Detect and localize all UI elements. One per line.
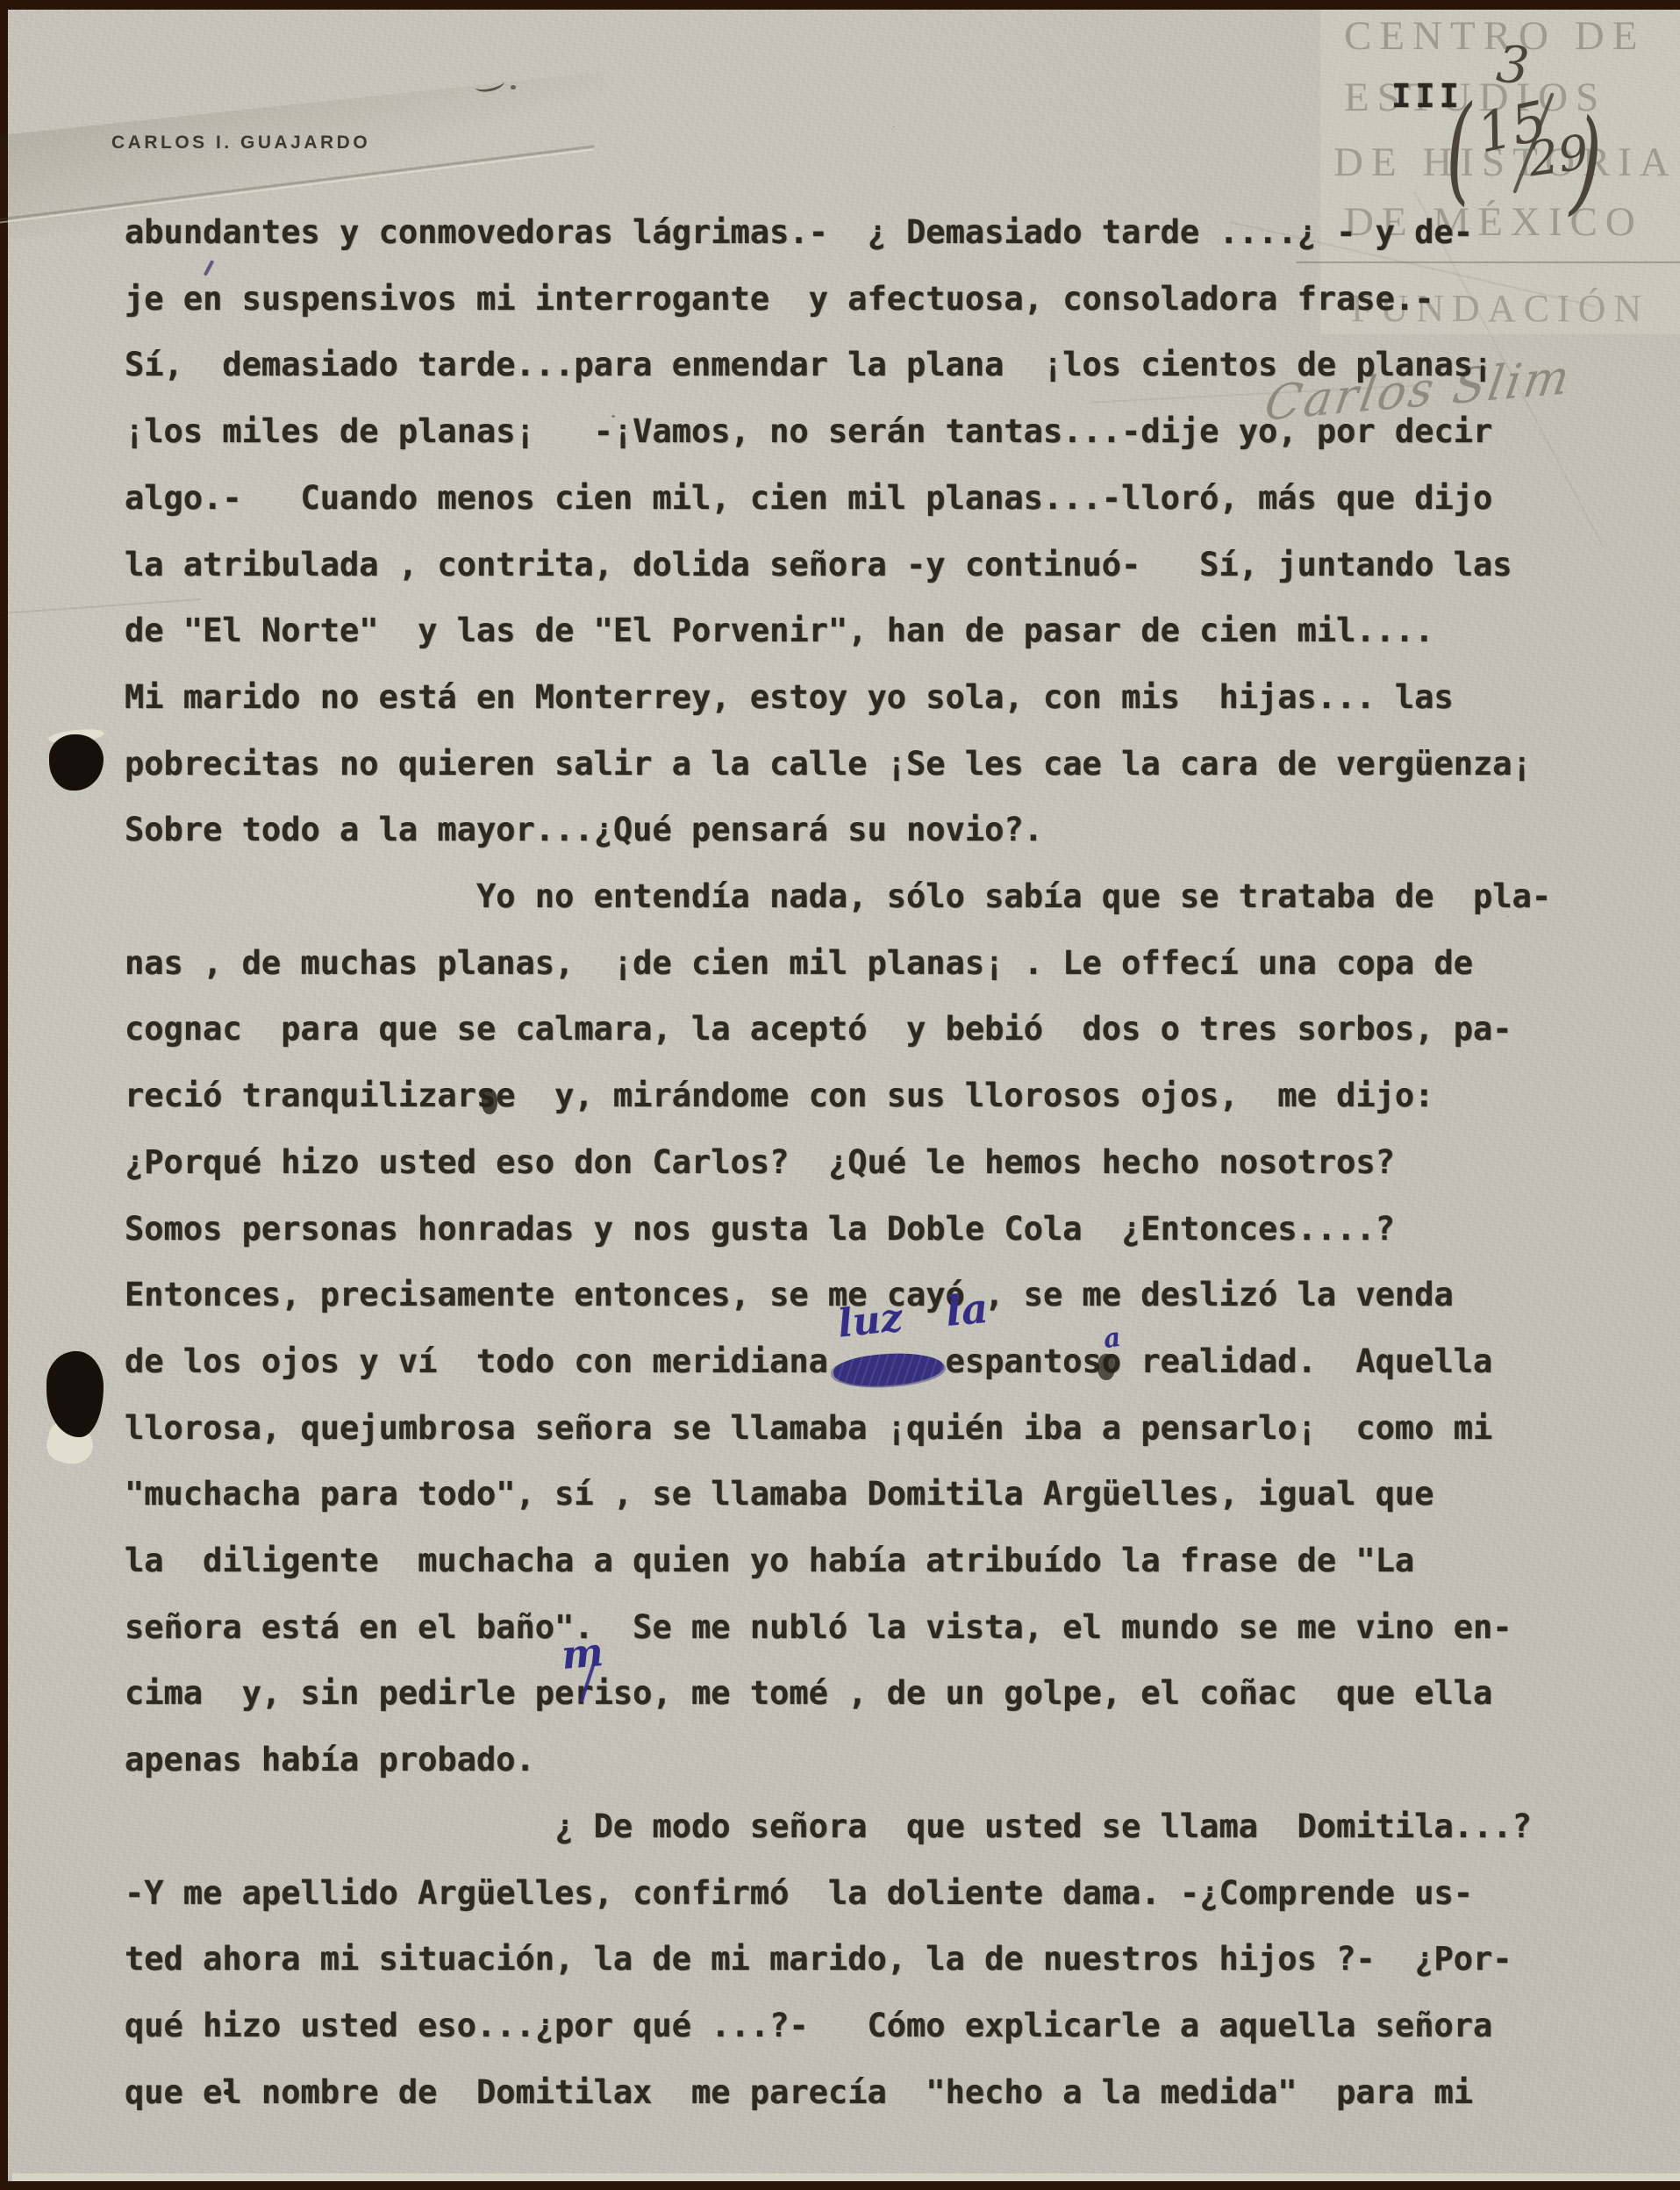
watermark-rule — [1297, 261, 1680, 263]
typed-line: Somos personas honradas y nos gusta la D… — [125, 1213, 1395, 1245]
watermark-line: CENTRO DE — [1344, 12, 1645, 60]
typed-line: ¿Porqué hizo usted eso don Carlos? ¿Qué … — [125, 1146, 1395, 1178]
paper-speckles — [224, 2089, 231, 2095]
paper-bottom-edge — [12, 2173, 1680, 2181]
typed-line: reció tranquilizarse y, mirándome con su… — [125, 1079, 1433, 1112]
typed-line: la diligente muchacha a quien yo había a… — [125, 1544, 1414, 1577]
typed-line: ted ahora mi situación, la de mi marido,… — [125, 1943, 1512, 1975]
typed-line: qué hizo usted eso...¿por qué ...?- Cómo… — [125, 2009, 1492, 2042]
ink-overstrike-blot — [1097, 1354, 1115, 1380]
handwritten-page-number: 3 — [1494, 34, 1532, 97]
typed-line: que el nombre de Domitilax me parecía "h… — [125, 2076, 1473, 2108]
typed-line: llorosa, quejumbrosa señora se llamaba ¡… — [125, 1412, 1492, 1444]
typed-line: -Y me apellido Argüelles, confirmó la do… — [125, 1877, 1473, 1909]
typed-line: pobrecitas no quieren salir a la calle ¡… — [125, 748, 1532, 780]
document-scan: CARLOS I. GUAJARDO CENTRO DE ESTUDIOS DE… — [0, 0, 1680, 2190]
ink-overstrike-blot — [482, 1089, 497, 1114]
typed-line: Mi marido no está en Monterrey, estoy yo… — [125, 681, 1454, 713]
letterhead-name: CARLOS I. GUAJARDO — [111, 132, 370, 154]
typed-line: Sí, demasiado tarde...para enmendar la p… — [125, 348, 1492, 381]
typed-line: de los ojos y ví todo con meridiana espa… — [125, 1345, 1492, 1378]
typed-line: algo.- Cuando menos cien mil, cien mil p… — [125, 482, 1492, 514]
typed-line: de "El Norte" y las de "El Porvenir", ha… — [125, 614, 1433, 647]
typed-line: ¿ De modo señora que usted se llama Domi… — [125, 1810, 1532, 1843]
typed-line: cima y, sin pedirle periso, me tomé , de… — [125, 1677, 1492, 1709]
typed-line: nas , de muchas planas, ¡de cien mil pla… — [125, 947, 1473, 979]
typed-line: cognac para que se calmara, la aceptó y … — [125, 1013, 1512, 1045]
typed-line: Sobre todo a la mayor...¿Qué pensará su … — [125, 813, 1043, 846]
typed-line: "muchacha para todo", sí , se llamaba Do… — [125, 1478, 1433, 1510]
typed-line: abundantes y conmovedoras lágrimas.- ¿ D… — [125, 216, 1473, 248]
blue-correction-word: luz — [836, 1295, 905, 1346]
typed-line: la atribulada , contrita, dolida señora … — [125, 548, 1512, 581]
typed-line: ¡los miles de planas¡ -¡Vamos, no serán … — [125, 415, 1492, 447]
stray-pen-dot — [511, 85, 516, 89]
typed-line: apenas había probado. — [125, 1743, 535, 1776]
blue-correction-word: la — [944, 1285, 990, 1336]
blue-correction-letter: m — [560, 1628, 605, 1678]
typed-line: je en suspensivos mi interrogante y afec… — [125, 283, 1433, 315]
typed-line: Entonces, precisamente entonces, se me c… — [125, 1278, 1454, 1311]
typed-line: Yo no entendía nada, sólo sabía que se t… — [125, 880, 1551, 912]
typed-line: señora está en el baño". Se me nubló la … — [125, 1611, 1512, 1643]
